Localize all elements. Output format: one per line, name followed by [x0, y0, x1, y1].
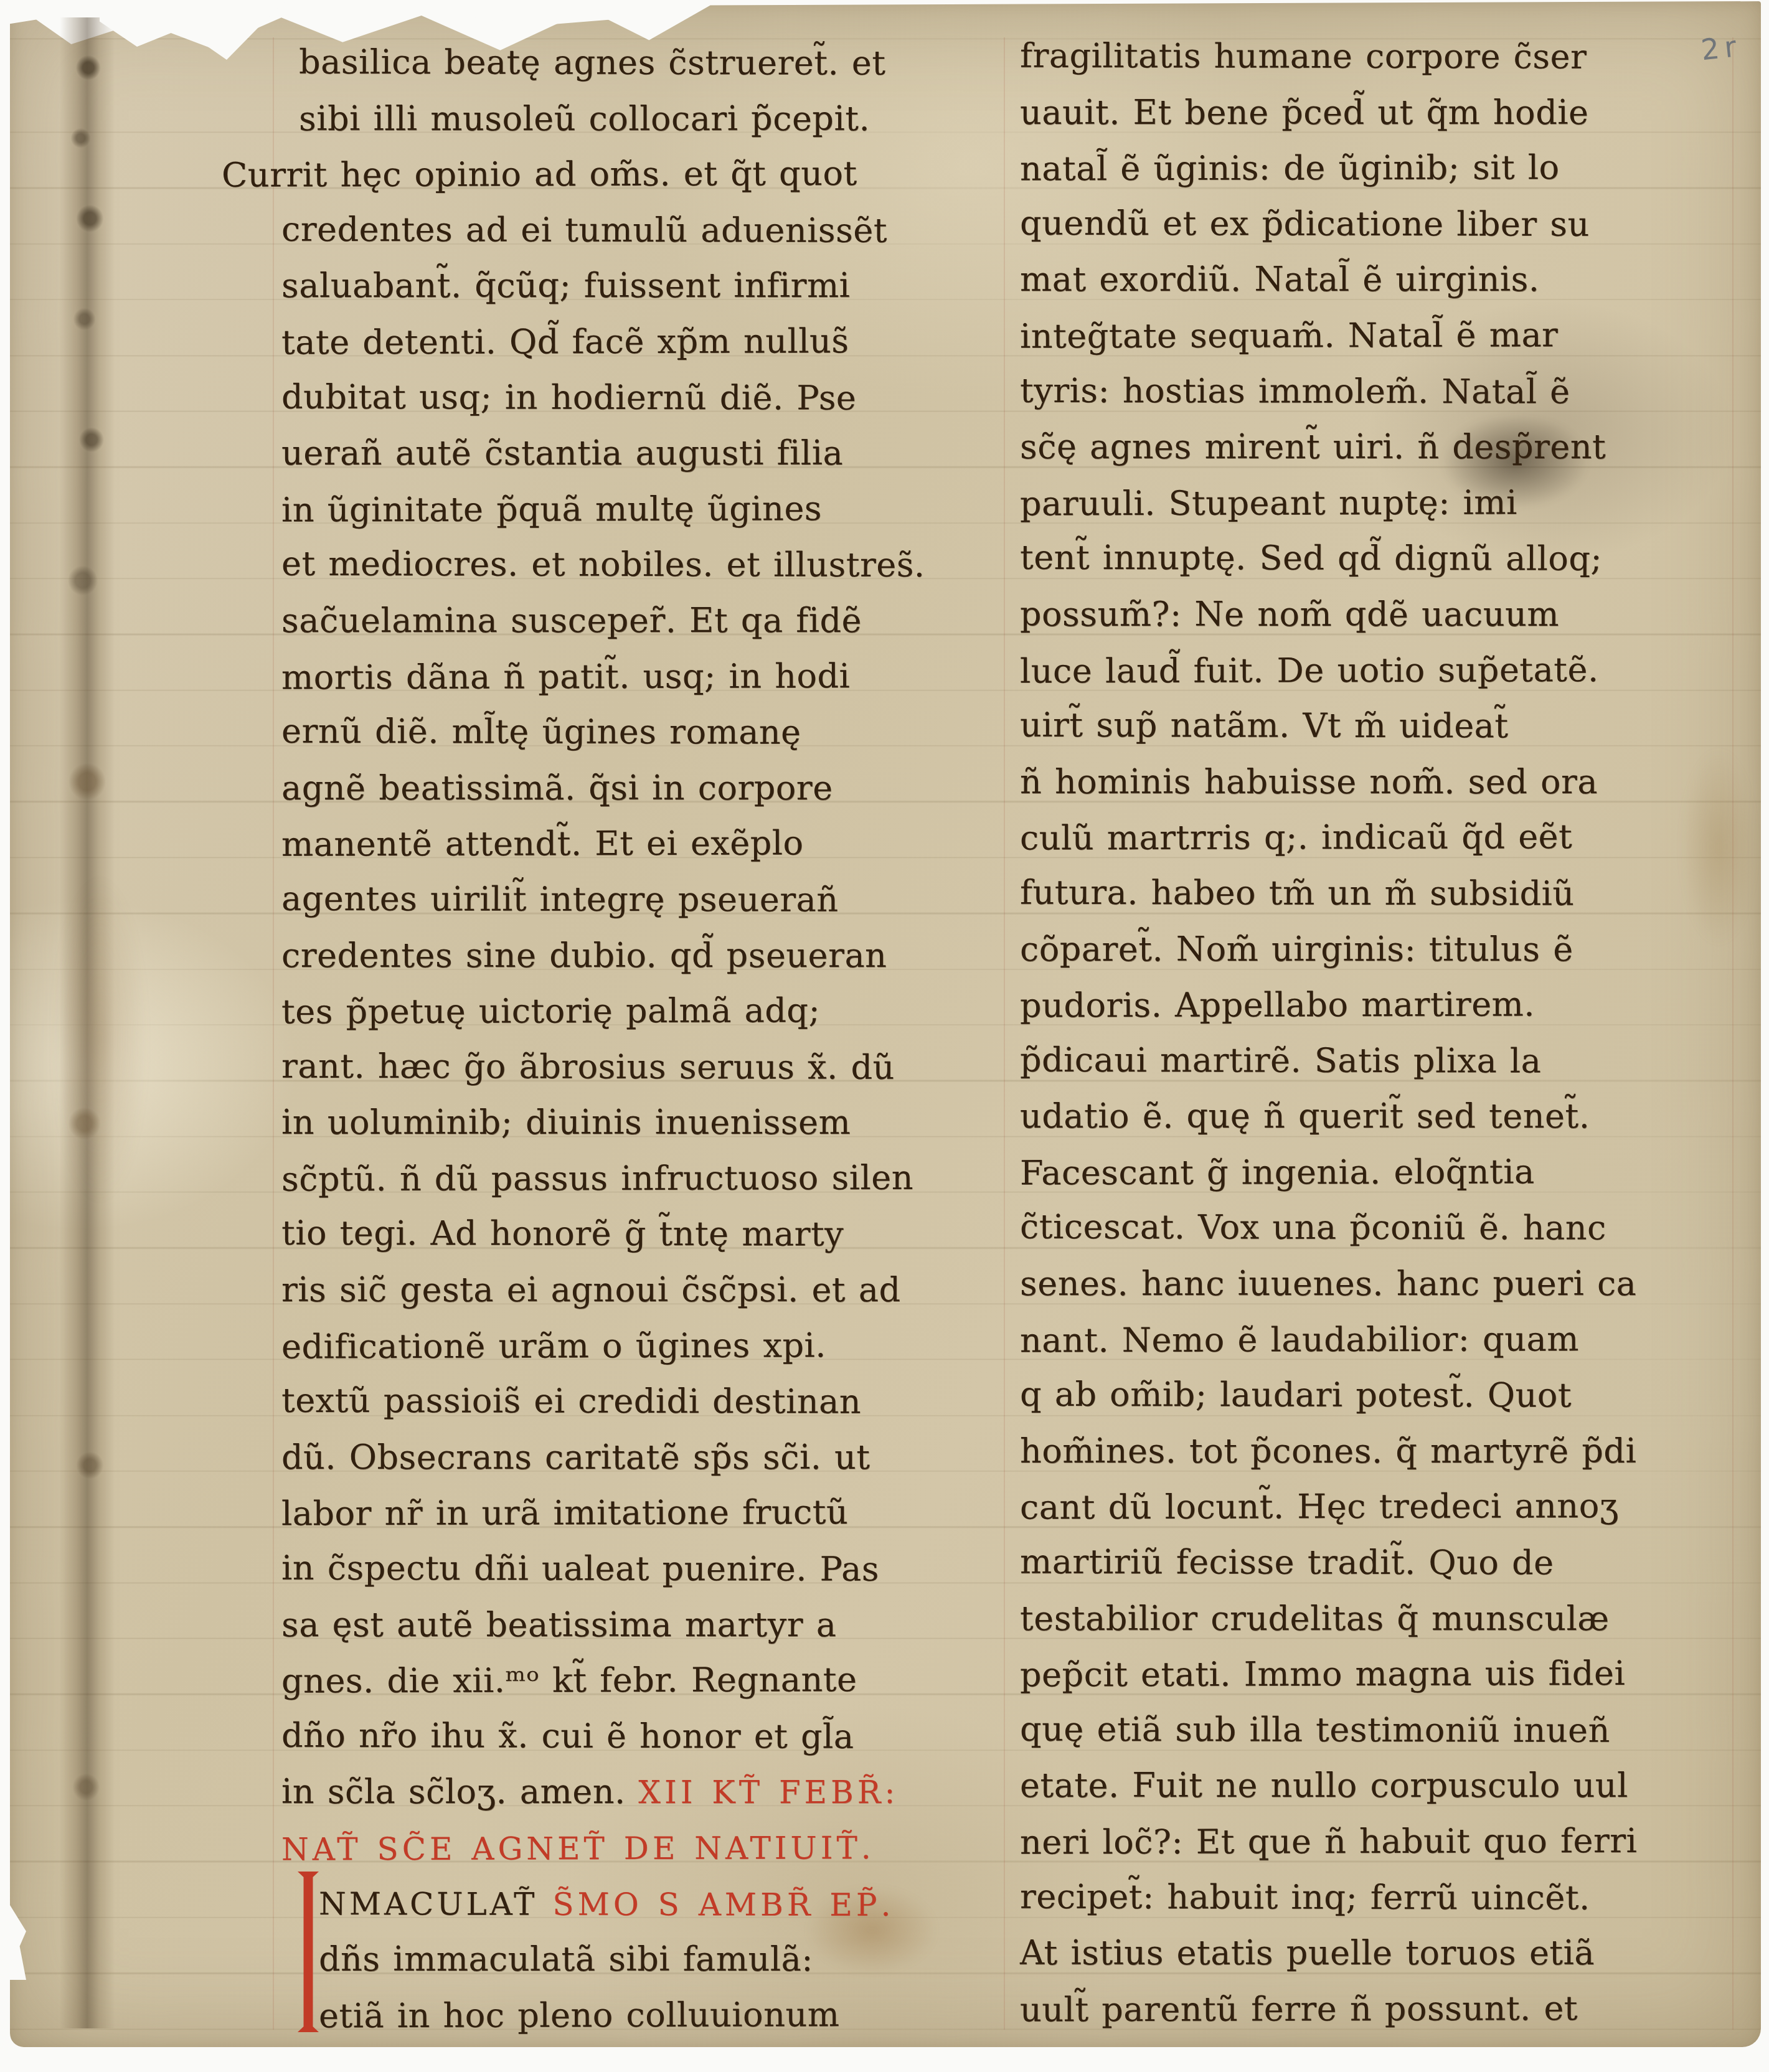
body-text: et mediocres. et nobiles. et illustres̃. [281, 544, 925, 585]
body-text: recipet̃: habuit inq; ferrũ uincẽt. [1020, 1877, 1590, 1917]
manuscript-line: senes. hanc iuuenes. hanc pueri ca [1020, 1256, 1742, 1312]
display-capitals-text: NMACULAT̃ [319, 1886, 552, 1923]
manuscript-line: testabilior crudelitas q̃ munsculæ [1020, 1591, 1742, 1647]
manuscript-line: integ̃tate sequam̃. Natal̃ ẽ mar [1020, 306, 1742, 364]
manuscript-line: in uoluminib; diuinis inuenissem [281, 1095, 1004, 1151]
body-text: tio tegi. Ad honorẽ g̃ t̃ntę marty [281, 1213, 844, 1254]
manuscript-line: edificationẽ urãm o ũgines xpi. [281, 1317, 1004, 1375]
body-text: rant. hæc g̃o ãbrosius seruus x̃. dũ [281, 1046, 895, 1086]
manuscript-line: rant. hæc g̃o ãbrosius seruus x̃. dũ [281, 1038, 1004, 1095]
body-text: paruuli. Stupeant nuptę: imi [1020, 483, 1517, 523]
body-text: senes. hanc iuuenes. hanc pueri ca [1020, 1264, 1636, 1303]
manuscript-line: q ab om̃ib; laudari potest̃. Quot [1020, 1367, 1742, 1424]
manuscript-line: martiriũ fecisse tradit̃. Quo de [1020, 1534, 1742, 1591]
body-text: textũ passiois̃ ei credidi destinan [281, 1381, 861, 1421]
manuscript-line: ernũ diẽ. ml̃tę ũgines romanę [281, 704, 1004, 761]
body-text: martiriũ fecisse tradit̃. Quo de [1020, 1542, 1554, 1583]
body-text: culũ martrris q;. indicaũ q̃d eẽt [1020, 817, 1572, 858]
body-text: testabilior crudelitas q̃ munsculæ [1020, 1599, 1610, 1638]
manuscript-line: recipet̃: habuit inq; ferrũ uincẽt. [1020, 1868, 1742, 1926]
body-text: labor nr̃ in urã imitatione fructũ [281, 1493, 848, 1533]
body-text: nant. Nemo ẽ laudabilior: quam [1020, 1319, 1579, 1360]
body-text: c̃ticescat. Vox una p̃coniũ ẽ. hanc [1020, 1207, 1606, 1248]
manuscript-line: udatio ẽ. quę ñ querit̃ sed tenet̃. [1020, 1088, 1742, 1144]
binding-seam-fold [60, 17, 115, 2028]
body-text: q ab om̃ib; laudari potest̃. Quot [1020, 1375, 1572, 1415]
manuscript-line: paruuli. Stupeant nuptę: imi [1020, 474, 1742, 532]
body-text: Facescant g̃ ingenia. eloq̃ntia [1020, 1152, 1535, 1192]
manuscript-line: NMACULAT̃ S̃MO S AMBR̃ EP̃. [281, 1875, 1004, 1932]
manuscript-line: textũ passiois̃ ei credidi destinan [281, 1373, 1004, 1430]
manuscript-line: dũ. Obsecrans caritatẽ sp̃s sc̃i. ut [281, 1429, 1004, 1486]
text-column-left: basilica beatę agnes c̃strueret̃. etsibi… [281, 35, 1004, 2043]
manuscript-line: ñ hominis habuisse nom̃. sed ora [1020, 754, 1742, 810]
body-text: tes p̃petuę uictorię palmã adq; [281, 991, 820, 1031]
body-text: luce laud̃ fuit. De uotio sup̃etatẽ. [1020, 650, 1599, 690]
body-text: udatio ẽ. quę ñ querit̃ sed tenet̃. [1020, 1096, 1590, 1136]
body-text: pep̃cit etati. Immo magna uis fidei [1020, 1654, 1625, 1695]
manuscript-line: basilica beatę agnes c̃strueret̃. et [281, 34, 1004, 92]
body-text: p̃dicaui martirẽ. Satis plixa la [1020, 1040, 1541, 1080]
manuscript-line: mortis dãna ñ patit̃. usq; in hodi [281, 647, 1004, 705]
manuscript-line: in sc̃la sc̃loʒ. amen. XII KT̃ FEBR̃: [281, 1764, 1004, 1820]
body-text: quendũ et ex p̃dicatione liber su [1020, 204, 1590, 244]
body-text: mat exordiũ. Natal̃ ẽ uirginis. [1020, 260, 1539, 299]
manuscript-line: saluabant̃. q̃cũq; fuissent infirmi [281, 258, 1004, 314]
manuscript-line: nant. Nemo ẽ laudabilior: quam [1020, 1311, 1742, 1368]
body-text: tate detenti. Qd̃ facẽ xp̃m nullus̃ [281, 321, 849, 362]
body-text: ñ hominis habuisse nom̃. sed ora [1020, 762, 1598, 801]
body-text: At istius etatis puelle toruos etiã [1020, 1933, 1595, 1972]
manuscript-line: mat exordiũ. Natal̃ ẽ uirginis. [1020, 252, 1742, 308]
manuscript-line: futura. habeo tm̃ un m̃ subsidiũ [1020, 865, 1742, 922]
manuscript-line: agentes uirilit̃ integrę pseuerañ [281, 871, 1004, 928]
body-text: possum̃?: Ne nom̃ qdẽ uacuum [1020, 595, 1559, 634]
rubric-text: S̃MO S AMBR̃ EP̃. [552, 1886, 894, 1923]
manuscript-line: labor nr̃ in urã imitatione fructũ [281, 1484, 1004, 1542]
body-text: in sc̃la sc̃loʒ. amen. [281, 1772, 638, 1811]
manuscript-line: in ũginitate p̃quã multę ũgines [281, 480, 1004, 538]
manuscript-page-scan: 2r basilica beatę agnes c̃strueret̃. ets… [0, 0, 1769, 2072]
manuscript-line: luce laud̃ fuit. De uotio sup̃etatẽ. [1020, 641, 1742, 699]
body-text: agnẽ beatissimã. q̃si in corpore [281, 768, 833, 808]
body-text: uirt̃ sup̃ natãm. Vt m̃ uideat̃ [1020, 705, 1509, 746]
manuscript-line: sc̃ptũ. ñ dũ passus infructuoso silen [281, 1149, 1004, 1207]
body-text: dño nr̃o ihu x̃. cui ẽ honor et gl̃a [281, 1716, 854, 1756]
manuscript-line: in c̃spectu dñi ualeat puenire. Pas [281, 1540, 1004, 1598]
manuscript-line: credentes ad ei tumulũ aduenissẽt [281, 202, 1004, 259]
manuscript-line: dubitat usq; in hodiernũ diẽ. Pse [281, 369, 1004, 426]
torn-edge [399, 0, 691, 25]
body-text: sc̃ptũ. ñ dũ passus infructuoso silen [281, 1158, 913, 1199]
manuscript-line: gnes. die xii.ᵐᵒ kt̃ febr. Regnante [281, 1652, 1004, 1710]
body-text: basilica beatę agnes c̃strueret̃. et [299, 42, 886, 83]
manuscript-line: possum̃?: Ne nom̃ qdẽ uacuum [1020, 586, 1742, 643]
manuscript-line: tent̃ innuptę. Sed qd̃ dignũ alloq; [1020, 530, 1742, 587]
body-text: credentes ad ei tumulũ aduenissẽt [281, 210, 887, 250]
body-text: sc̃ę agnes mirent̃ uiri. ñ desp̃rent [1020, 427, 1606, 466]
body-text: credentes sine dubio. qd̃ pseueran [281, 936, 887, 975]
manuscript-line: pudoris. Appellabo martirem. [1020, 976, 1742, 1034]
body-text: dũ. Obsecrans caritatẽ sp̃s sc̃i. ut [281, 1438, 870, 1477]
manuscript-line: manentẽ attendt̃. Et ei exẽplo [281, 815, 1004, 873]
body-text: ernũ diẽ. ml̃tę ũgines romanę [281, 712, 801, 752]
manuscript-line: ris sic̃ gesta ei agnoui c̃sc̃psi. et ad [281, 1262, 1004, 1318]
manuscript-line: Facescant g̃ ingenia. eloq̃ntia [1020, 1143, 1742, 1201]
body-text: cant dũ locunt̃. Hęc tredeci annoʒ [1020, 1486, 1619, 1527]
body-text: dubitat usq; in hodiernũ diẽ. Pse [281, 377, 857, 417]
ruling-line [1004, 37, 1005, 2030]
body-text: pudoris. Appellabo martirem. [1020, 984, 1535, 1025]
manuscript-line: sibi illi musoleũ collocari p̃cepit. [281, 91, 1004, 147]
body-text: dñs immaculatã sibi famulã: [319, 1939, 813, 1979]
body-text: gnes. die xii.ᵐᵒ kt̃ febr. Regnante [281, 1660, 857, 1700]
manuscript-line: dño nr̃o ihu x̃. cui ẽ honor et gl̃a [281, 1708, 1004, 1765]
ruling-line [273, 37, 274, 2030]
manuscript-line: p̃dicaui martirẽ. Satis plixa la [1020, 1032, 1742, 1089]
manuscript-line: natal̃ ẽ ũginis: de ũginib; sit lo [1020, 139, 1742, 197]
body-text: tyris: hostias immolem̃. Natal̃ ẽ [1020, 370, 1570, 411]
body-text: Currit hęc opinio ad om̃s. et q̃t quot [222, 154, 857, 195]
rubric-text: NAT̃ SC̃E AGNET̃ DE NATIUIT̃. [281, 1830, 875, 1867]
manuscript-line: cant dũ locunt̃. Hęc tredeci annoʒ [1020, 1478, 1742, 1536]
text-column-right: fragilitatis humane corpore c̃seruauit. … [1020, 29, 1742, 2037]
body-text: manentẽ attendt̃. Et ei exẽplo [281, 824, 804, 864]
manuscript-line: uult̃ parentũ ferre ñ possunt. et [1020, 1980, 1742, 2038]
manuscript-line: etate. Fuit ne nullo corpusculo uul [1020, 1758, 1742, 1814]
manuscript-line: sac̃uelamina susceper̃. Et qa fidẽ [281, 593, 1004, 649]
manuscript-line: NAT̃ SC̃E AGNET̃ DE NATIUIT̃. [281, 1819, 1004, 1877]
manuscript-line: sc̃ę agnes mirent̃ uiri. ñ desp̃rent [1020, 419, 1742, 475]
body-text: integ̃tate sequam̃. Natal̃ ẽ mar [1020, 315, 1559, 356]
manuscript-line: uirt̃ sup̃ natãm. Vt m̃ uideat̃ [1020, 697, 1742, 755]
manuscript-line: Currit hęc opinio ad om̃s. et q̃t quot [222, 146, 1004, 204]
body-text: saluabant̃. q̃cũq; fuissent infirmi [281, 266, 850, 305]
body-text: in uoluminib; diuinis inuenissem [281, 1103, 851, 1142]
body-text: etiã in hoc pleno colluuionum [319, 1995, 840, 2035]
body-text: tent̃ innuptę. Sed qd̃ dignũ alloq; [1020, 538, 1602, 578]
body-text: sibi illi musoleũ collocari p̃cepit. [299, 99, 870, 138]
manuscript-line: dñs immaculatã sibi famulã: [281, 1931, 1004, 1987]
body-text: futura. habeo tm̃ un m̃ subsidiũ [1020, 873, 1575, 913]
body-text: uerañ autẽ c̃stantia augusti filia [281, 433, 843, 473]
body-text: in c̃spectu dñi ualeat puenire. Pas [281, 1548, 879, 1589]
manuscript-line: tio tegi. Ad honorẽ g̃ t̃ntę marty [281, 1205, 1004, 1263]
body-text: neri loc̃?: Et que ñ habuit quo ferri [1020, 1821, 1638, 1862]
body-text: agentes uirilit̃ integrę pseuerañ [281, 879, 839, 920]
body-text: in ũginitate p̃quã multę ũgines [281, 489, 822, 529]
manuscript-line: uauit. Et bene p̃ced̃ ut q̃m hodie [1020, 85, 1742, 141]
manuscript-line: quę etiã sub illa testimoniũ inueñ [1020, 1702, 1742, 1759]
manuscript-line: c̃ticescat. Vox una p̃coniũ ẽ. hanc [1020, 1199, 1742, 1256]
manuscript-line: cõparet̃. Nom̃ uirginis: titulus ẽ [1020, 921, 1742, 977]
body-text: sac̃uelamina susceper̃. Et qa fidẽ [281, 601, 862, 640]
manuscript-line: hom̃ines. tot p̃cones. q̃ martyrẽ p̃di [1020, 1423, 1742, 1479]
manuscript-line: sa ęst autẽ beatissima martyr a [281, 1597, 1004, 1653]
body-text: natal̃ ẽ ũginis: de ũginib; sit lo [1020, 148, 1560, 188]
body-text: edificationẽ urãm o ũgines xpi. [281, 1326, 826, 1366]
manuscript-line: tate detenti. Qd̃ facẽ xp̃m nullus̃ [281, 313, 1004, 370]
rubric-text: XII KT̃ FEBR̃: [638, 1774, 899, 1811]
manuscript-line: et mediocres. et nobiles. et illustres̃. [281, 536, 1004, 593]
body-text: fragilitatis humane corpore c̃ser [1020, 36, 1587, 77]
manuscript-line: uerañ autẽ c̃stantia augusti filia [281, 425, 1004, 481]
manuscript-line: quendũ et ex p̃dicatione liber su [1020, 195, 1742, 253]
body-text: sa ęst autẽ beatissima martyr a [281, 1605, 836, 1644]
manuscript-line: etiã in hoc pleno colluuionum [281, 1986, 1004, 2044]
body-text: mortis dãna ñ patit̃. usq; in hodi [281, 656, 850, 697]
manuscript-line: At istius etatis puelle toruos etiã [1020, 1925, 1742, 1981]
manuscript-line: tyris: hostias immolem̃. Natal̃ ẽ [1020, 362, 1742, 420]
body-text: quę etiã sub illa testimoniũ inueñ [1020, 1710, 1610, 1750]
body-text: cõparet̃. Nom̃ uirginis: titulus ẽ [1020, 930, 1573, 969]
manuscript-line: pep̃cit etati. Immo magna uis fidei [1020, 1646, 1742, 1703]
manuscript-line: fragilitatis humane corpore c̃ser [1020, 28, 1742, 85]
body-text: uult̃ parentũ ferre ñ possunt. et [1020, 1989, 1578, 2029]
manuscript-line: culũ martrris q;. indicaũ q̃d eẽt [1020, 809, 1742, 867]
body-text: etate. Fuit ne nullo corpusculo uul [1020, 1766, 1628, 1805]
body-text: ris sic̃ gesta ei agnoui c̃sc̃psi. et ad [281, 1270, 900, 1309]
manuscript-line: credentes sine dubio. qd̃ pseueran [281, 928, 1004, 984]
manuscript-line: agnẽ beatissimã. q̃si in corpore [281, 760, 1004, 816]
body-text: uauit. Et bene p̃ced̃ ut q̃m hodie [1020, 93, 1588, 132]
manuscript-line: neri loc̃?: Et que ñ habuit quo ferri [1020, 1812, 1742, 1870]
manuscript-line: tes p̃petuę uictorię palmã adq; [281, 982, 1004, 1040]
body-text: hom̃ines. tot p̃cones. q̃ martyrẽ p̃di [1020, 1431, 1636, 1471]
